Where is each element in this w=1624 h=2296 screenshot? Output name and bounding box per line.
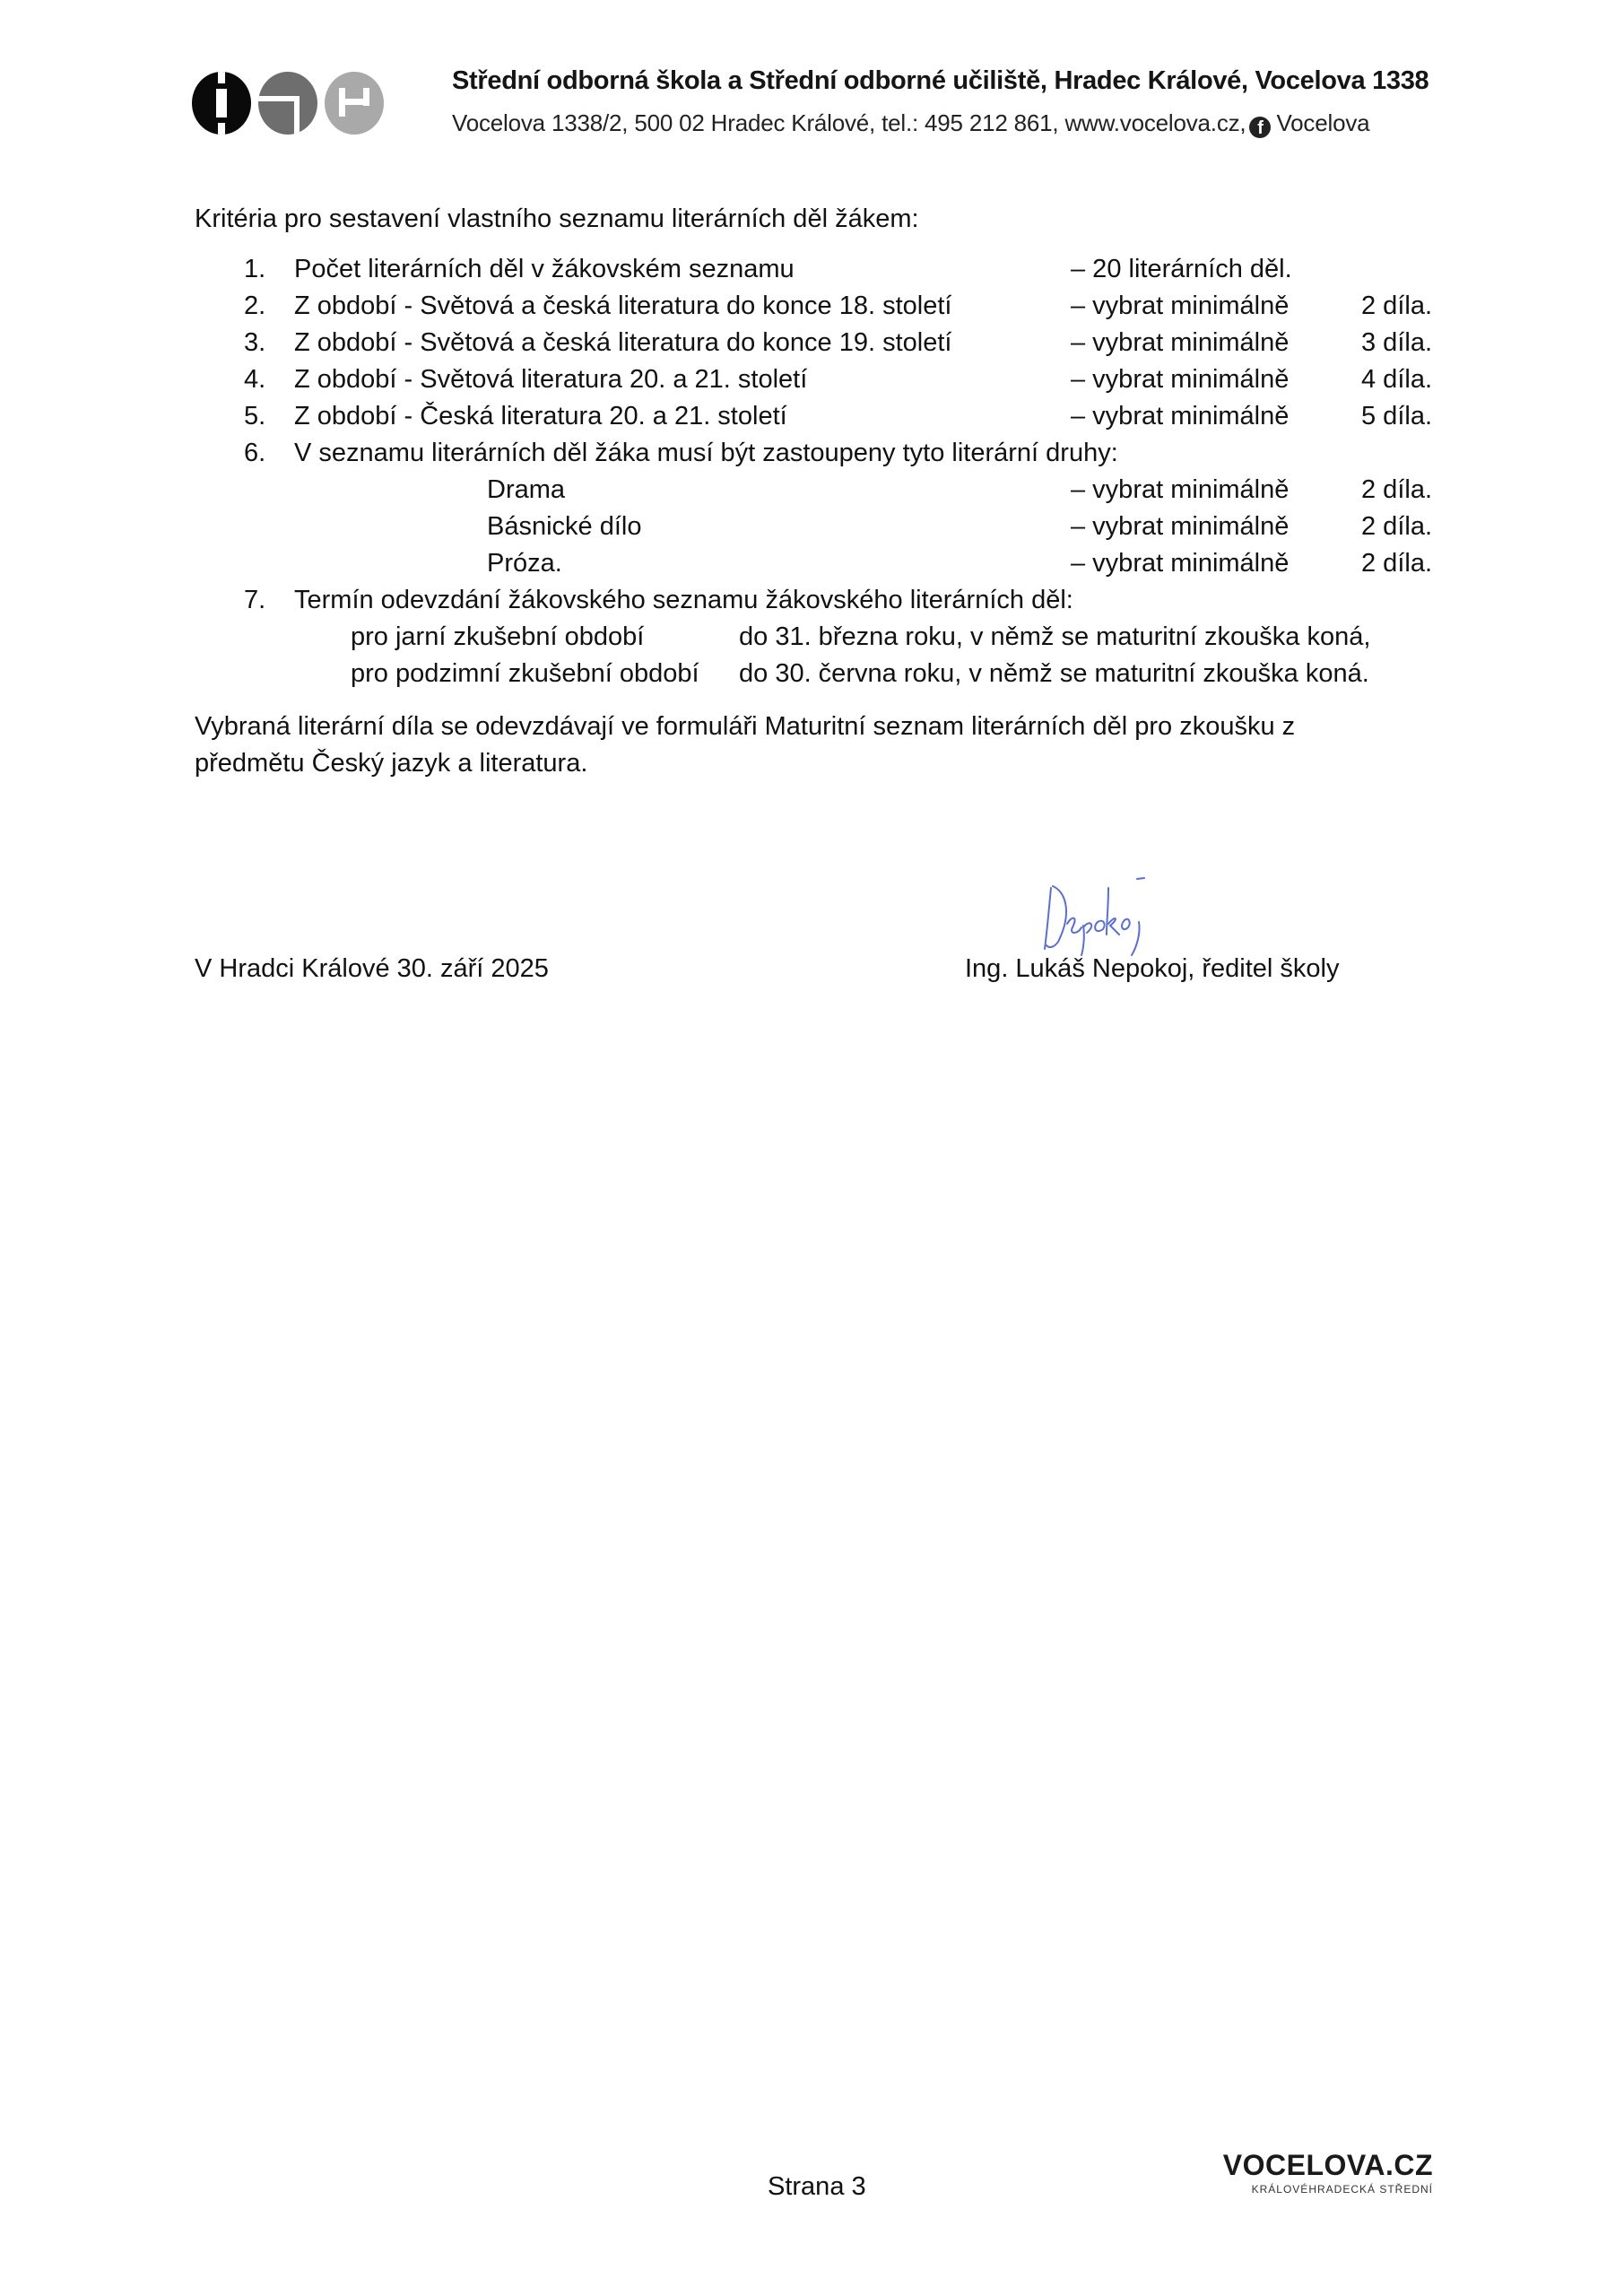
handwritten-signature [1031,852,1184,960]
item-text: Z období - Světová a česká literatura do… [294,293,951,319]
facebook-icon[interactable]: f [1249,117,1271,138]
item-number: 6. [244,440,265,466]
item-count: 3 díla. [1361,330,1432,356]
item-text: Termín odevzdání žákovského seznamu žáko… [294,587,1073,613]
item-text: Z období - Světová a česká literatura do… [294,330,951,356]
facebook-link[interactable]: Vocelova [1276,109,1369,136]
item-number: 4. [244,367,265,393]
deadline-period: pro podzimní zkušební období [351,661,699,687]
item-text: V seznamu literárních děl žáka musí být … [294,440,1118,466]
item-number: 2. [244,293,265,319]
logo-circle-grey [258,72,317,135]
item-number: 1. [244,257,265,283]
genre-count: 2 díla. [1361,514,1432,540]
genre-name: Drama [487,477,565,503]
logo-circle-black [192,72,251,135]
criteria-heading: Kritéria pro sestavení vlastního seznamu… [195,206,919,232]
item-count: 4 díla. [1361,367,1432,393]
genre-rule: – vybrat minimálně [1071,514,1289,540]
school-logo [192,72,384,135]
genre-count: 2 díla. [1361,551,1432,577]
genre-rule: – vybrat minimálně [1071,551,1289,577]
page-number: Strana 3 [768,2172,866,2202]
genre-count: 2 díla. [1361,477,1432,503]
item-rule: – vybrat minimálně [1071,404,1289,430]
footer-brand: VOCELOVA.CZ KRÁLOVÉHRADECKÁ STŘEDNÍ [1223,2151,1433,2196]
item-text: Z období - Světová literatura 20. a 21. … [294,367,807,393]
deadline-date: do 30. června roku, v němž se maturitní … [739,661,1369,687]
item-number: 7. [244,587,265,613]
school-address: Vocelova 1338/2, 500 02 Hradec Králové, … [452,109,1369,138]
brand-tagline: KRÁLOVÉHRADECKÁ STŘEDNÍ [1223,2183,1433,2196]
paragraph-line: předmětu Český jazyk a literatura. [195,751,587,777]
genre-rule: – vybrat minimálně [1071,477,1289,503]
item-rule: – vybrat minimálně [1071,293,1289,319]
item-number: 5. [244,404,265,430]
item-count: 5 díla. [1361,404,1432,430]
deadline-date: do 31. března roku, v němž se maturitní … [739,624,1370,650]
item-rule: – 20 literárních děl. [1071,257,1292,283]
item-text: Z období - Česká literatura 20. a 21. st… [294,404,787,430]
item-rule: – vybrat minimálně [1071,330,1289,356]
genre-name: Próza. [487,551,562,577]
signer-name: Ing. Lukáš Nepokoj, ředitel školy [965,956,1340,982]
paragraph-line: Vybraná literární díla se odevzdávají ve… [195,714,1295,740]
school-name: Střední odborná škola a Střední odborné … [452,66,1429,96]
item-number: 3. [244,330,265,356]
item-text: Počet literárních děl v žákovském seznam… [294,257,795,283]
item-count: 2 díla. [1361,293,1432,319]
genre-name: Básnické dílo [487,514,642,540]
item-rule: – vybrat minimálně [1071,367,1289,393]
place-date: V Hradci Králové 30. září 2025 [195,956,549,982]
brand-name: VOCELOVA.CZ [1223,2151,1433,2179]
logo-circle-lightgrey [325,72,384,135]
deadline-period: pro jarní zkušební období [351,624,644,650]
